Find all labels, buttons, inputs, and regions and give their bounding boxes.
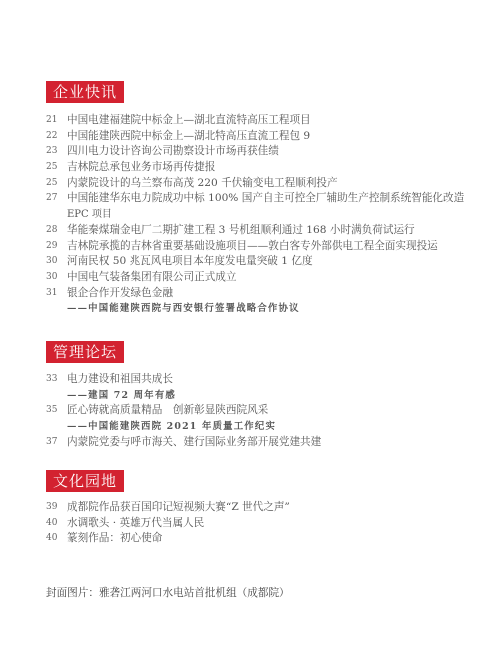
article-subtitle: ——中国能建陕西院与西安银行签署战略合作协议 bbox=[67, 301, 300, 317]
toc-item[interactable]: 27 中国能建华东电力院成功中标 100% 国产自主可控全厂辅助生产控制系统智能… bbox=[0, 191, 480, 207]
article-title: 中国电气装备集团有限公司正式成立 bbox=[67, 270, 237, 286]
toc-item[interactable]: 25 吉林院总承包业务市场再传捷报 bbox=[0, 160, 480, 176]
toc-item[interactable]: 40 篆刻作品：初心使命 bbox=[0, 531, 480, 547]
article-title: 水调歌头 · 英雄万代当属人民 bbox=[67, 516, 204, 532]
article-title: 银企合作开发绿色金融 bbox=[67, 286, 173, 302]
toc-item-subtitle[interactable]: ——中国能建陕西院 2021 年质量工作纪实 bbox=[0, 419, 480, 435]
page-number: 31 bbox=[46, 286, 62, 302]
toc-item[interactable]: 30 中国电气装备集团有限公司正式成立 bbox=[0, 270, 480, 286]
toc-list-culture-garden: 39 成都院作品获百国印记短视频大赛“Z 世代之声” 40 水调歌头 · 英雄万… bbox=[0, 500, 480, 547]
toc-item-continuation[interactable]: EPC 项目 bbox=[0, 207, 480, 223]
toc-item-subtitle[interactable]: ——建国 72 周年有感 bbox=[0, 388, 480, 404]
article-title: 四川电力设计咨询公司勘察设计市场再获佳绩 bbox=[67, 144, 279, 160]
toc-item[interactable]: 22 中国能建陕西院中标金上—湖北特高压直流工程包 9 bbox=[0, 129, 480, 145]
toc-item[interactable]: 39 成都院作品获百国印记短视频大赛“Z 世代之声” bbox=[0, 500, 480, 516]
article-title: 内蒙院党委与呼市海关、建行国际业务部开展党建共建 bbox=[67, 435, 321, 451]
toc-item[interactable]: 33 电力建设和祖国共成长 bbox=[0, 372, 480, 388]
article-title: 篆刻作品：初心使命 bbox=[67, 531, 162, 547]
toc-item[interactable]: 21 中国电建福建院中标金上—湖北直流特高压工程项目 bbox=[0, 113, 480, 129]
page-number: 25 bbox=[46, 176, 62, 192]
article-subtitle: ——建国 72 周年有感 bbox=[67, 388, 176, 404]
toc-item[interactable]: 40 水调歌头 · 英雄万代当属人民 bbox=[0, 516, 480, 532]
article-title: 吉林院总承包业务市场再传捷报 bbox=[67, 160, 215, 176]
article-title: 中国电建福建院中标金上—湖北直流特高压工程项目 bbox=[67, 113, 311, 129]
page-number: 35 bbox=[46, 403, 62, 419]
article-title: 中国能建陕西院中标金上—湖北特高压直流工程包 9 bbox=[67, 129, 310, 145]
cover-image-caption: 封面图片：雅砻江两河口水电站首批机组（成都院） bbox=[46, 585, 290, 601]
article-title: 中国能建华东电力院成功中标 100% 国产自主可控全厂辅助生产控制系统智能化改造 bbox=[67, 191, 464, 207]
page-number: 37 bbox=[46, 435, 62, 451]
page-number: 30 bbox=[46, 270, 62, 286]
article-title: 吉林院承揽的吉林省重要基础设施项目——敦白客专外部供电工程全面实现投运 bbox=[67, 239, 438, 255]
toc-list-management-forum: 33 电力建设和祖国共成长 ——建国 72 周年有感 35 匠心铸就高质量精品 … bbox=[0, 372, 480, 450]
page-number: 25 bbox=[46, 160, 62, 176]
article-title: 华能秦煤瑞金电厂二期扩建工程 3 号机组顺利通过 168 小时满负荷试运行 bbox=[67, 223, 415, 239]
toc-item[interactable]: 30 河南民权 50 兆瓦风电项目本年度发电量突破 1 亿度 bbox=[0, 254, 480, 270]
toc-item[interactable]: 28 华能秦煤瑞金电厂二期扩建工程 3 号机组顺利通过 168 小时满负荷试运行 bbox=[0, 223, 480, 239]
page-number: 39 bbox=[46, 500, 62, 516]
toc-item-subtitle[interactable]: ——中国能建陕西院与西安银行签署战略合作协议 bbox=[0, 301, 480, 317]
page-number: 33 bbox=[46, 372, 62, 388]
toc-item[interactable]: 37 内蒙院党委与呼市海关、建行国际业务部开展党建共建 bbox=[0, 435, 480, 451]
page-number: 27 bbox=[46, 191, 62, 207]
page-number: 29 bbox=[46, 239, 62, 255]
article-title: 匠心铸就高质量精品 创新彰显陕西院风采 bbox=[67, 403, 268, 419]
toc-item[interactable]: 25 内蒙院设计的乌兰察布高茂 220 千伏输变电工程顺利投产 bbox=[0, 176, 480, 192]
page-number: 21 bbox=[46, 113, 62, 129]
toc-item[interactable]: 29 吉林院承揽的吉林省重要基础设施项目——敦白客专外部供电工程全面实现投运 bbox=[0, 239, 480, 255]
toc-list-enterprise-news: 21 中国电建福建院中标金上—湖北直流特高压工程项目 22 中国能建陕西院中标金… bbox=[0, 113, 480, 317]
page-number: 30 bbox=[46, 254, 62, 270]
page-number: 40 bbox=[46, 516, 62, 532]
article-subtitle: ——中国能建陕西院 2021 年质量工作纪实 bbox=[67, 419, 276, 435]
page-number: 22 bbox=[46, 129, 62, 145]
section-header-enterprise-news: 企业快讯 bbox=[46, 81, 124, 103]
toc-item[interactable]: 23 四川电力设计咨询公司勘察设计市场再获佳绩 bbox=[0, 144, 480, 160]
article-title-continuation: EPC 项目 bbox=[67, 207, 112, 223]
section-header-culture-garden: 文化园地 bbox=[46, 470, 124, 492]
article-title: 河南民权 50 兆瓦风电项目本年度发电量突破 1 亿度 bbox=[67, 254, 313, 270]
article-title: 内蒙院设计的乌兰察布高茂 220 千伏输变电工程顺利投产 bbox=[67, 176, 338, 192]
page-number: 23 bbox=[46, 144, 62, 160]
section-header-management-forum: 管理论坛 bbox=[46, 341, 124, 363]
page-number: 28 bbox=[46, 223, 62, 239]
article-title: 成都院作品获百国印记短视频大赛“Z 世代之声” bbox=[67, 500, 290, 516]
article-title: 电力建设和祖国共成长 bbox=[67, 372, 173, 388]
toc-item[interactable]: 35 匠心铸就高质量精品 创新彰显陕西院风采 bbox=[0, 403, 480, 419]
toc-item[interactable]: 31 银企合作开发绿色金融 bbox=[0, 286, 480, 302]
page-number: 40 bbox=[46, 531, 62, 547]
